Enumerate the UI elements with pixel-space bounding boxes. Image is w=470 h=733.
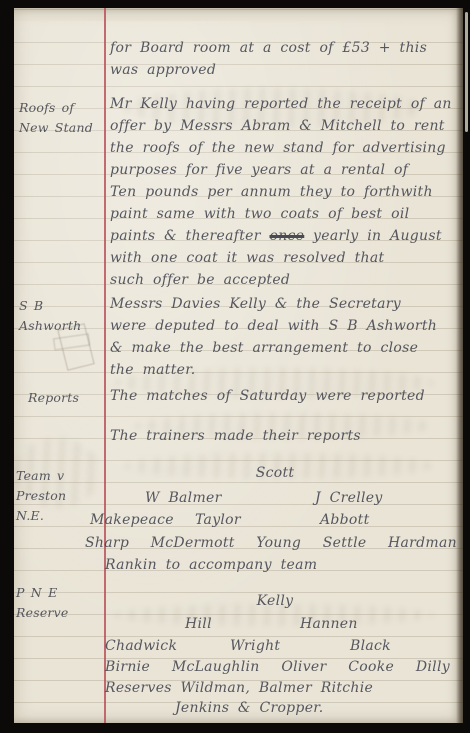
lineup-forwards-row: Sharp McDermott Young Settle Hardman <box>85 535 457 551</box>
minute-line: Mr Kelly having reported the receipt of … <box>110 96 452 112</box>
photograph-of-minute-book: { "document": { "kind": "Handwritten min… <box>0 0 470 733</box>
minute-line: Ten pounds per annum they to forthwith <box>110 184 433 200</box>
minute-line-with-strikethrough: paints & thereafter once yearly in Augus… <box>110 228 442 244</box>
minute-line: paint same with two coats of best oil <box>110 206 409 222</box>
lineup-back: W Balmer <box>145 490 222 506</box>
minute-line: & make the best arrangement to close <box>110 340 418 356</box>
minute-line: the roofs of the new stand for advertisi… <box>110 140 446 156</box>
lineup-half: Wright <box>230 638 280 654</box>
lineup-forward: Settle <box>323 535 367 551</box>
lineup-reserves: Reserves Wildman, Balmer Ritchie <box>105 680 373 696</box>
minute-line: such offer be accepted <box>110 272 290 288</box>
page-right-edge <box>456 8 463 723</box>
minute-line: was approved <box>110 62 216 78</box>
lineup-forwards-row: Birnie McLaughlin Oliver Cooke Dilly <box>105 659 450 675</box>
minute-line: for Board room at a cost of £53 + this <box>110 40 427 56</box>
lineup-forward: McLaughlin <box>172 659 260 675</box>
margin-note-line: New Stand <box>19 120 93 135</box>
lineup-half: Black <box>350 638 391 654</box>
lineup-half: Makepeace <box>90 512 174 528</box>
minute-line: purposes for five years at a rental of <box>110 162 408 178</box>
lineup-note: Rankin to accompany team <box>105 557 317 573</box>
lineup-forward: Birnie <box>105 659 150 675</box>
lineup-forward: Young <box>256 535 301 551</box>
lineup-forward: McDermott <box>151 535 235 551</box>
minute-book-page: for Board room at a cost of £53 + this w… <box>14 8 463 723</box>
lineup-back: Hill <box>185 616 212 632</box>
lineup-forward: Sharp <box>85 535 129 551</box>
minute-text: paints & thereafter <box>110 228 261 244</box>
minute-text: yearly in August <box>313 228 442 244</box>
minute-line: with one coat it was resolved that <box>110 250 384 266</box>
margin-note-line: Team v <box>16 468 64 483</box>
lineup-back: J Crelley <box>315 490 383 506</box>
margin-note-roofs: Roofs of New Stand <box>19 98 103 138</box>
minute-line: The trainers made their reports <box>110 428 361 444</box>
margin-note-pne-reserve: P N E Reserve <box>16 583 108 623</box>
lineup-reserves: Jenkins & Cropper. <box>175 700 324 716</box>
minute-line: offer by Messrs Abram & Mitchell to rent <box>110 118 445 134</box>
lineup-goalkeeper: Scott <box>110 465 440 481</box>
struck-out-word: once <box>269 228 304 244</box>
lineup-goalkeeper: Kelly <box>110 593 440 609</box>
margin-note-line: Preston N.E. <box>16 488 66 523</box>
next-page-edge-sliver <box>465 12 468 132</box>
lineup-forward: Cooke <box>348 659 394 675</box>
lineup-forward: Hardman <box>388 535 457 551</box>
minute-line: Messrs Davies Kelly & the Secretary <box>110 296 401 312</box>
minute-line: the matter. <box>110 362 195 378</box>
margin-note-line: Roofs of <box>19 100 74 115</box>
lineup-back: Hannen <box>300 616 358 632</box>
lineup-forward: Oliver <box>281 659 326 675</box>
lineup-forward: Dilly <box>416 659 450 675</box>
lineup-half: Chadwick <box>105 638 177 654</box>
margin-note-reports: Reports <box>28 388 112 408</box>
margin-note-team-v-preston: Team v Preston N.E. <box>16 466 100 526</box>
margin-note-ashworth: S B Ashworth <box>19 296 103 336</box>
lineup-half: Taylor <box>195 512 241 528</box>
lineup-half: Abbott <box>320 512 370 528</box>
minute-line: The matches of Saturday were reported <box>110 388 425 404</box>
minute-line: were deputed to deal with S B Ashworth <box>110 318 437 334</box>
